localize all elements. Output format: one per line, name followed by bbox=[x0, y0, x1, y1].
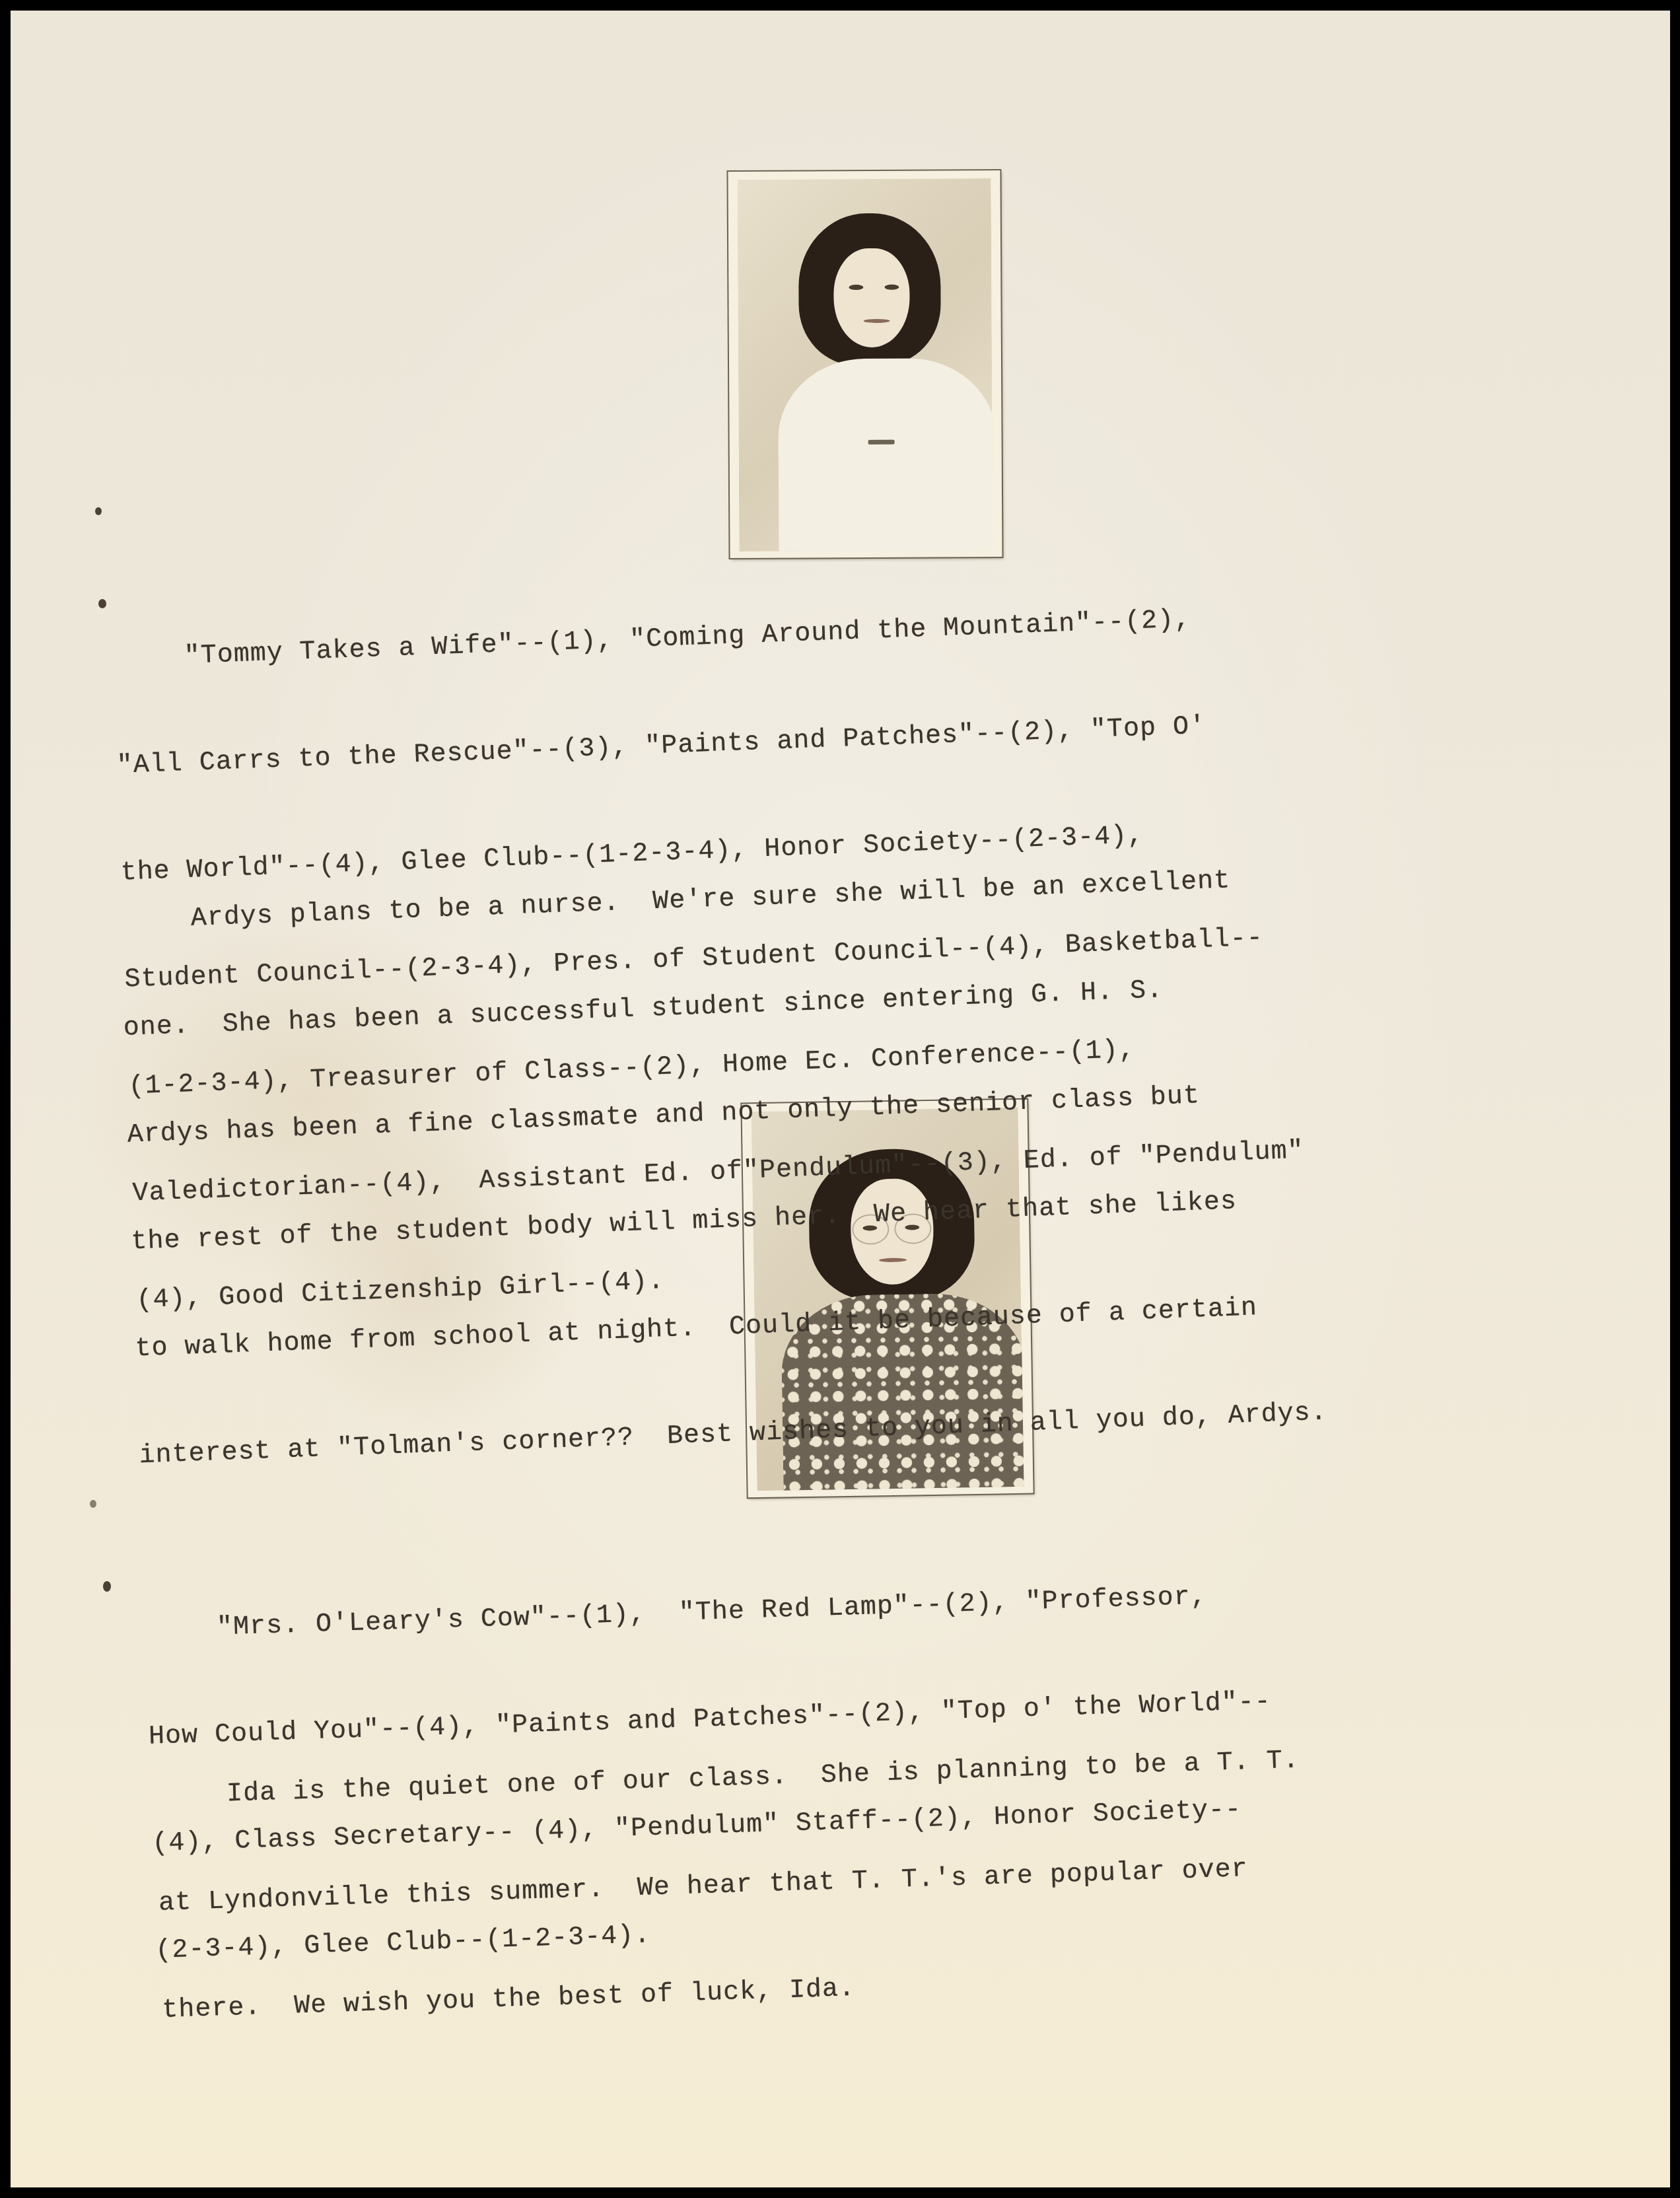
text-line: one. She has been a successful student s… bbox=[123, 968, 1312, 1047]
binder-hole-mark bbox=[98, 599, 106, 608]
binder-hole-mark bbox=[90, 1500, 96, 1508]
text-line: "Tommy Takes a Wife"--(1), "Coming Aroun… bbox=[112, 599, 1285, 678]
text-line: interest at "Tolman's corner?? Best wish… bbox=[139, 1395, 1328, 1474]
text-line: at Lyndonville this summer. We hear that… bbox=[158, 1850, 1303, 1921]
yearbook-page: "Tommy Takes a Wife"--(1), "Coming Aroun… bbox=[11, 11, 1670, 2187]
text-line: the rest of the student body will miss h… bbox=[131, 1182, 1320, 1261]
text-line: "All Carrs to the Rescue"--(3), "Paints … bbox=[116, 706, 1289, 785]
binder-hole-mark bbox=[95, 507, 102, 515]
text-line: to walk home from school at night. Could… bbox=[135, 1289, 1324, 1368]
text-line: there. We wish you the best of luck, Ida… bbox=[162, 1957, 1307, 2028]
student-photo-ardys bbox=[728, 170, 1002, 558]
binder-hole-mark bbox=[103, 1581, 111, 1592]
text-line: Ardys plans to be a nurse. We're sure sh… bbox=[119, 861, 1308, 940]
ida-bio: Ida is the quiet one of our class. She i… bbox=[153, 1672, 1309, 2100]
ardys-bio: Ardys plans to be a nurse. We're sure sh… bbox=[116, 789, 1331, 1545]
text-line: Ida is the quiet one of our class. She i… bbox=[155, 1744, 1300, 1815]
text-line: Ardys has been a fine classmate and not … bbox=[127, 1075, 1316, 1154]
text-line: "Mrs. O'Leary's Cow"--(1), "The Red Lamp… bbox=[145, 1578, 1268, 1648]
